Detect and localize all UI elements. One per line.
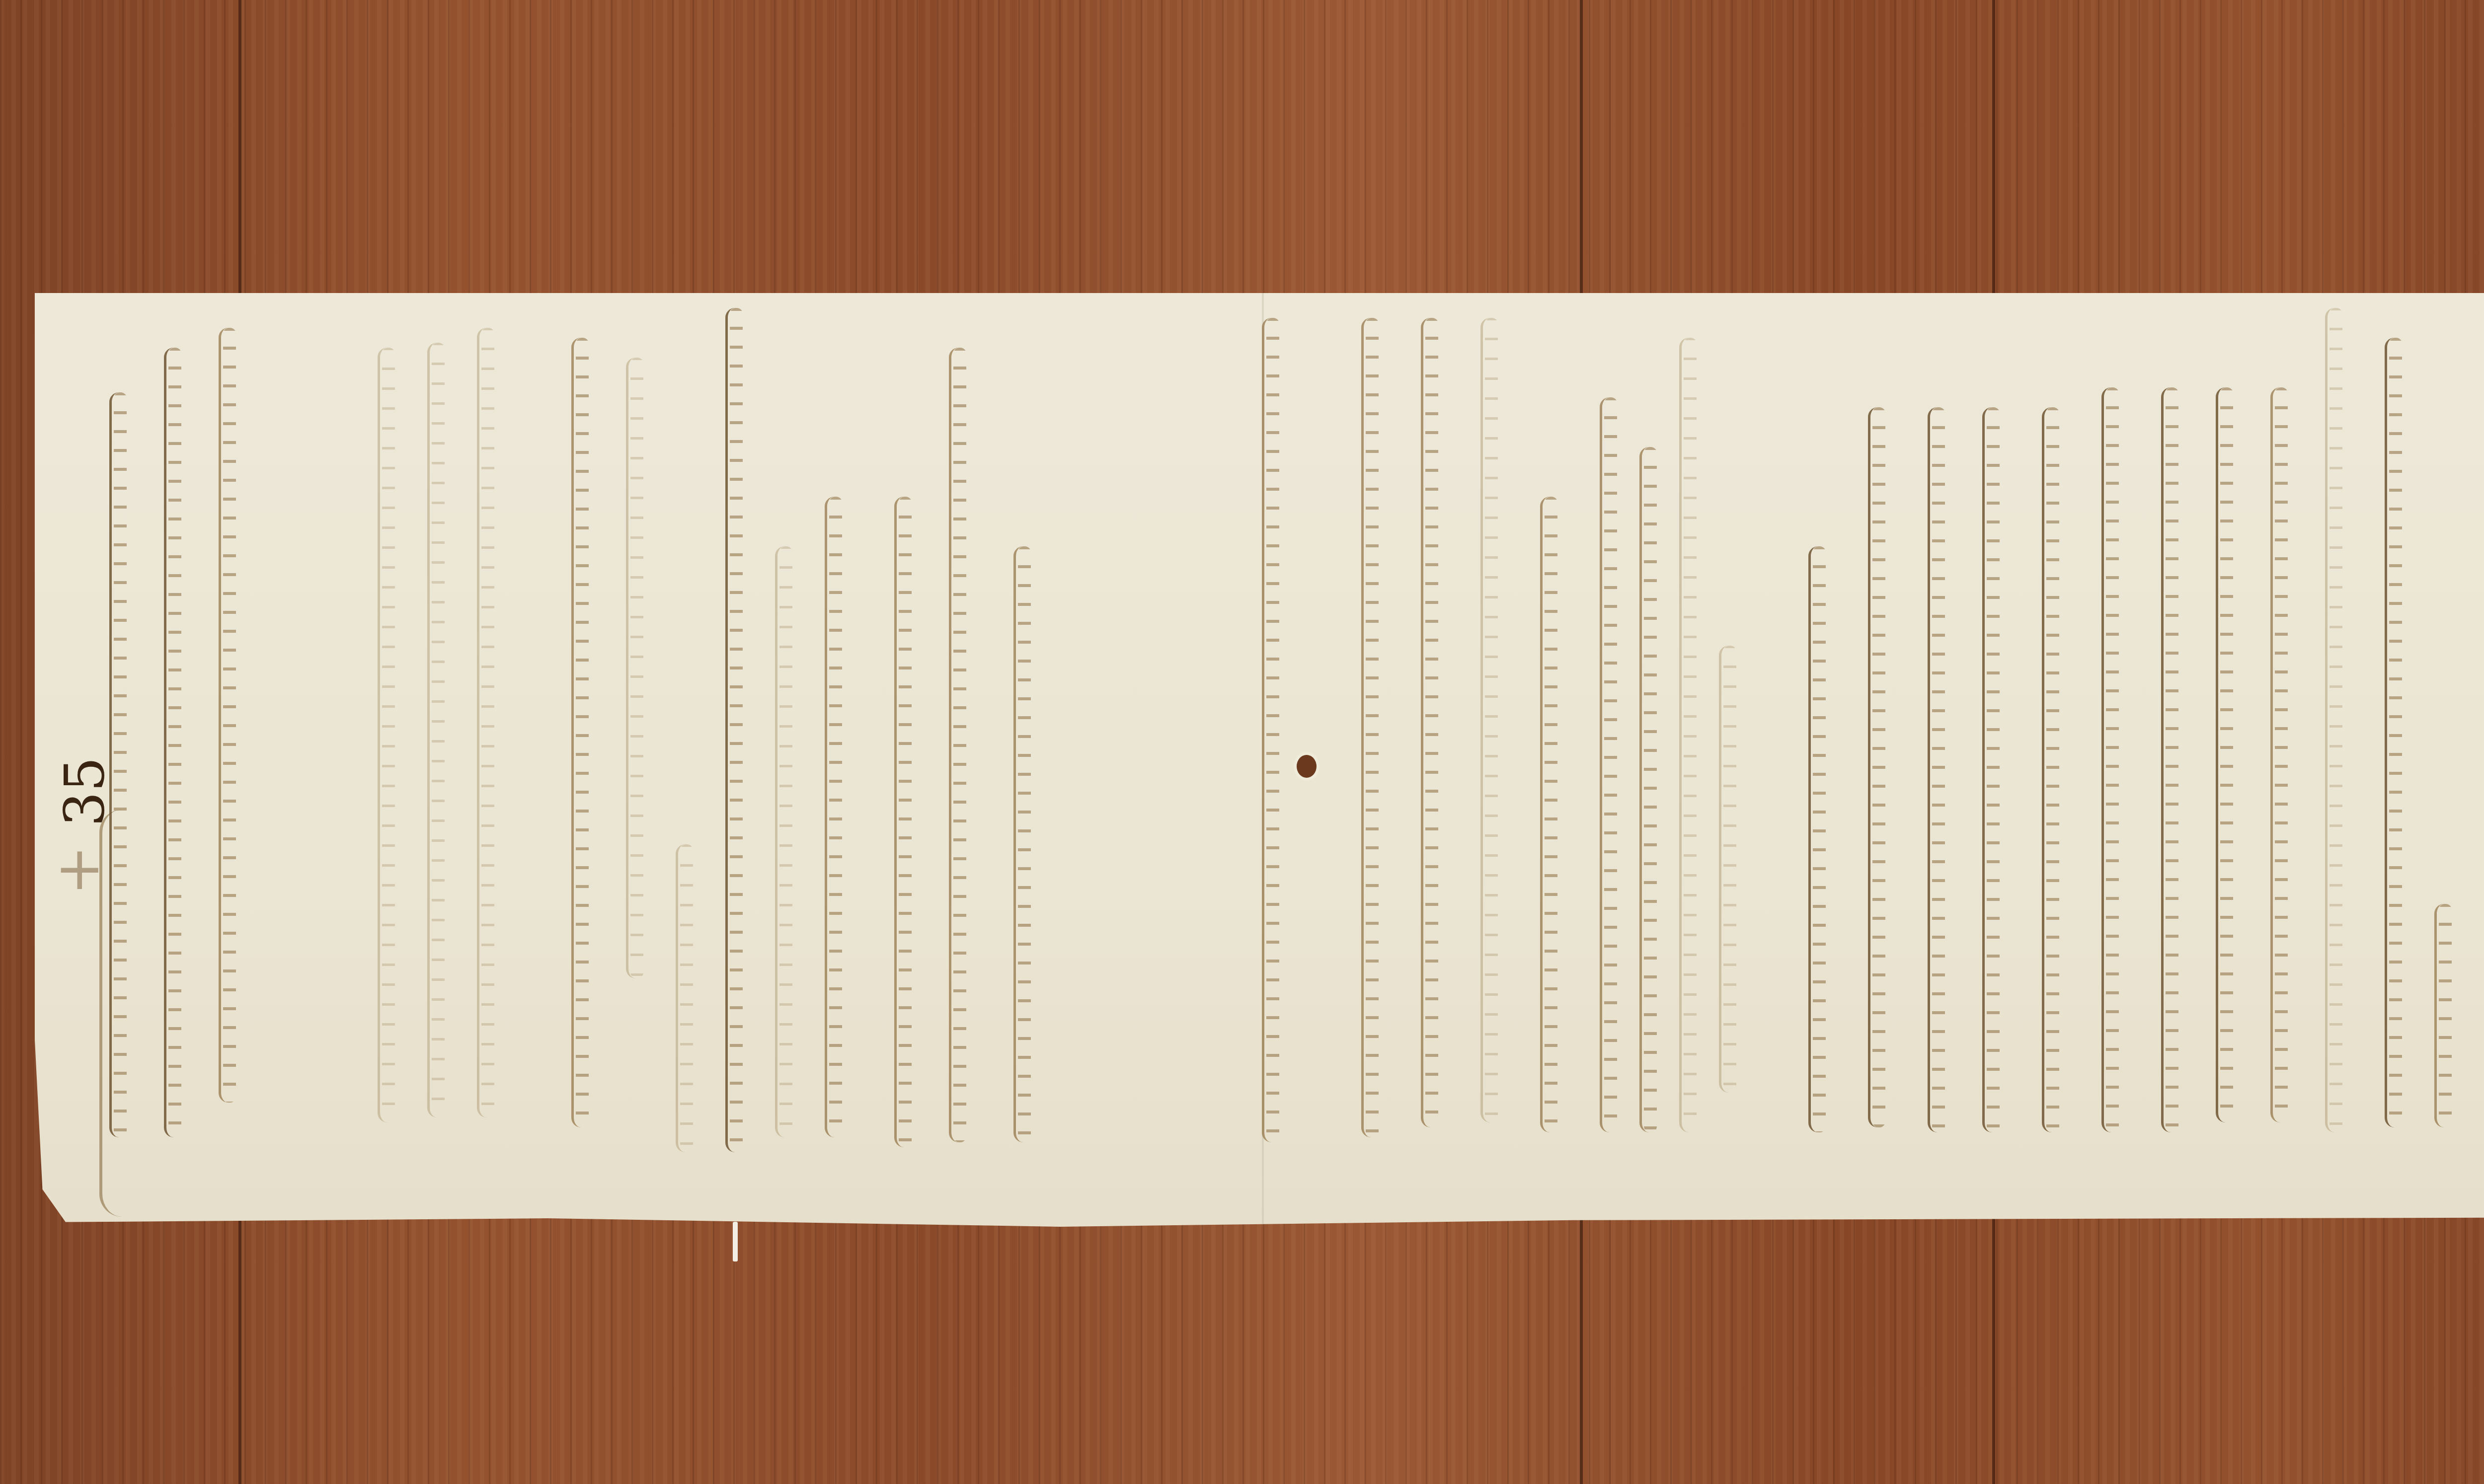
handwriting-line bbox=[1719, 646, 1738, 1093]
handwriting-line bbox=[2270, 387, 2290, 1122]
handwriting-line bbox=[2434, 904, 2454, 1127]
handwriting-line bbox=[2161, 387, 2180, 1132]
handwriting-line bbox=[2042, 407, 2061, 1132]
paper-tear bbox=[733, 1222, 738, 1261]
handwriting-line bbox=[477, 328, 496, 1117]
handwriting-line bbox=[1679, 338, 1699, 1132]
handwriting-line bbox=[2385, 338, 2404, 1127]
handwriting-line bbox=[164, 348, 183, 1137]
handwriting-line bbox=[1013, 546, 1033, 1142]
handwriting-line bbox=[1262, 318, 1281, 1142]
handwriting-line bbox=[1540, 497, 1559, 1132]
handwriting-line bbox=[219, 328, 238, 1103]
margin-mark: + bbox=[55, 834, 105, 903]
handwriting-line bbox=[1928, 407, 1947, 1132]
handwriting-line bbox=[2325, 308, 2344, 1132]
handwriting-line bbox=[725, 308, 745, 1152]
handwriting-line bbox=[2101, 387, 2121, 1132]
handwriting-line bbox=[775, 546, 794, 1137]
paper-hole bbox=[1297, 755, 1317, 778]
handwriting-line bbox=[109, 392, 129, 1137]
handwriting-line bbox=[571, 338, 591, 1127]
handwriting-line bbox=[949, 348, 968, 1142]
handwriting-line bbox=[676, 844, 695, 1152]
handwriting-line bbox=[1421, 318, 1440, 1127]
handwriting-line bbox=[1639, 447, 1659, 1132]
handwriting-line bbox=[626, 358, 645, 978]
handwriting-line bbox=[1600, 397, 1619, 1132]
handwriting-line bbox=[825, 497, 844, 1137]
handwriting-line bbox=[2216, 387, 2235, 1122]
handwriting-line bbox=[1361, 318, 1381, 1137]
handwriting-line bbox=[1982, 407, 2002, 1132]
handwriting-line bbox=[894, 497, 914, 1147]
handwriting-line bbox=[1480, 318, 1500, 1122]
handwriting-line bbox=[1868, 407, 1887, 1127]
handwriting-line bbox=[427, 343, 447, 1117]
handwriting-line bbox=[378, 348, 397, 1122]
handwriting-line bbox=[1808, 546, 1828, 1132]
